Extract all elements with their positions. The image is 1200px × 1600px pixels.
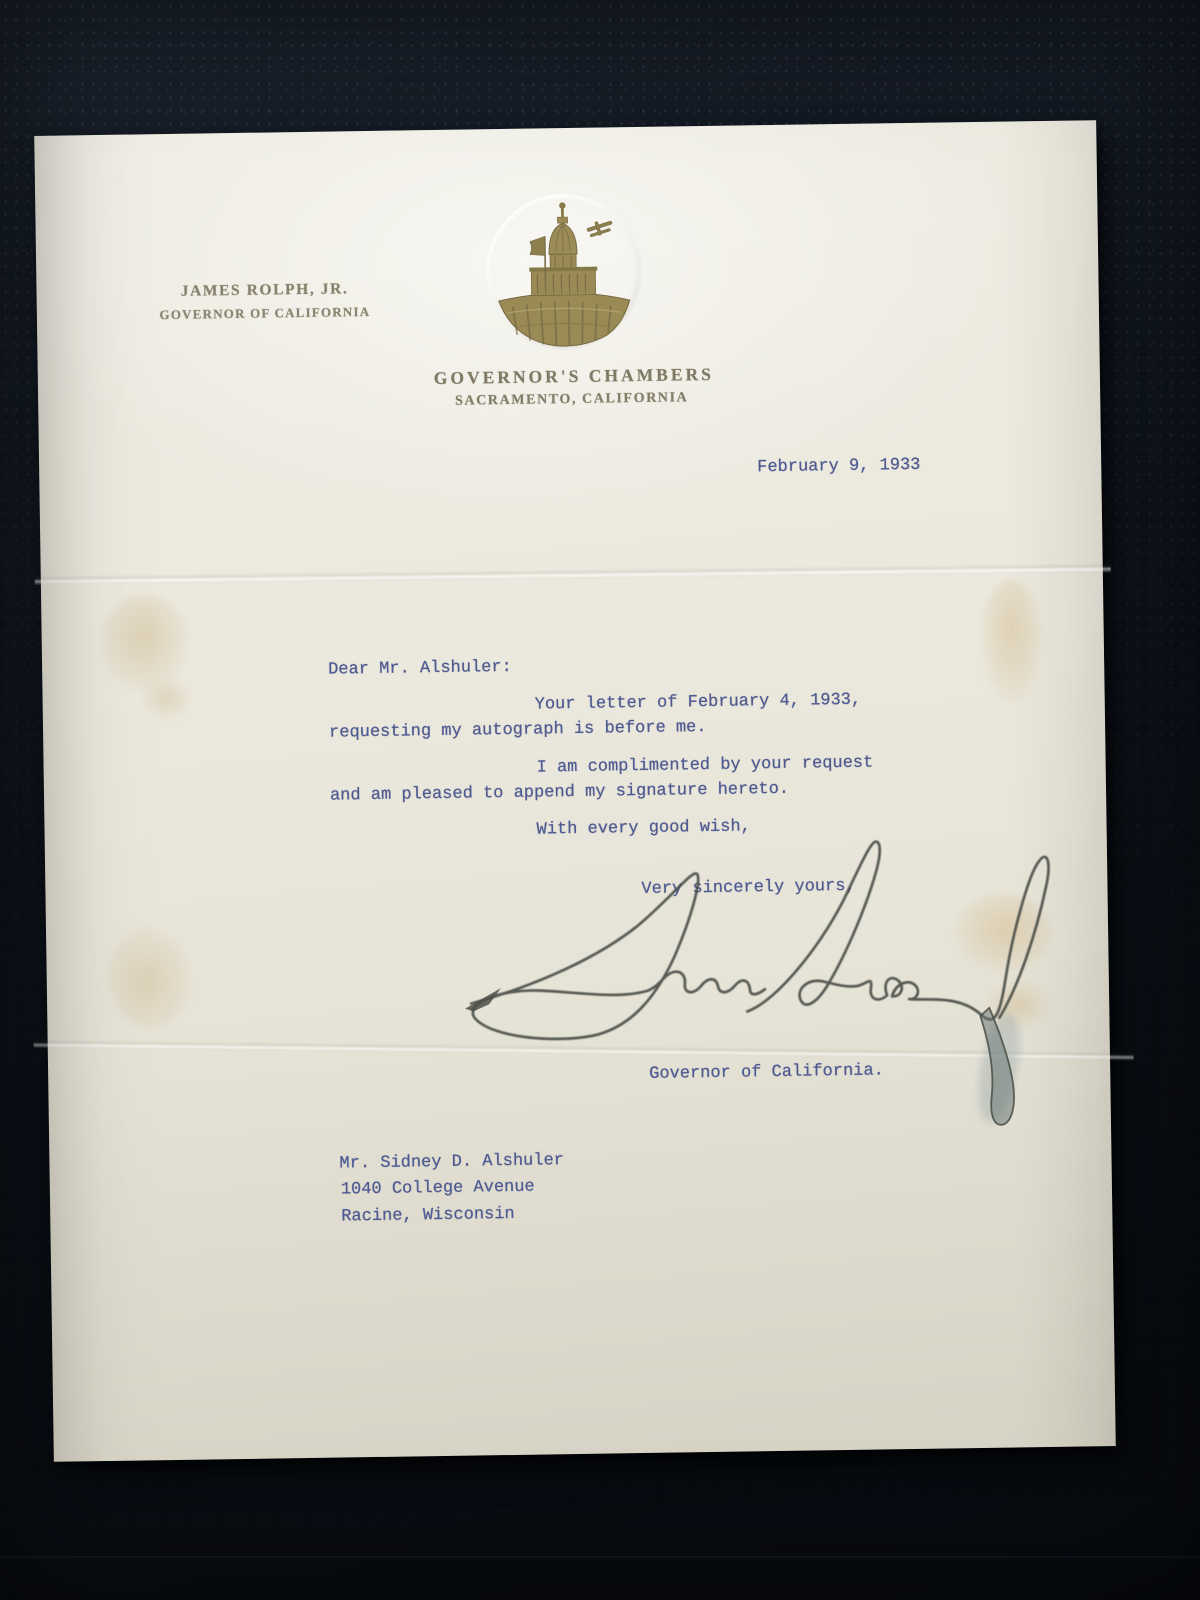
table-edge-line <box>0 1556 1200 1558</box>
stain-blot <box>979 579 1045 706</box>
letter-paper: JAMES ROLPH, JR. GOVERNOR OF CALIFORNIA <box>34 120 1116 1462</box>
body-line-1: Your letter of February 4, 1933, <box>535 691 862 716</box>
recipient-name: Mr. Sidney D. Alshuler <box>339 1151 564 1174</box>
airplane-icon <box>587 221 613 238</box>
recipient-city-state: Racine, Wisconsin <box>341 1205 515 1228</box>
letter-date: February 9, 1933 <box>757 456 921 478</box>
letterhead-official-title: GOVERNOR OF CALIFORNIA <box>125 303 405 323</box>
signature-smudge <box>972 1009 1027 1126</box>
closing-line: With every good wish, <box>536 817 751 840</box>
signer-title: Governor of California. <box>649 1061 884 1084</box>
fold-crease-lower <box>34 1039 1134 1060</box>
stain-blot <box>99 594 192 695</box>
recipient-street: 1040 College Avenue <box>341 1178 535 1201</box>
letterhead-location: SACRAMENTO, CALIFORNIA <box>424 390 719 410</box>
salutation: Dear Mr. Alshuler: <box>328 658 512 681</box>
stain-blot <box>138 674 195 723</box>
stain-blot <box>954 893 1051 974</box>
capitol-emblem-icon <box>485 193 641 349</box>
signature-pen-tip <box>465 988 501 1012</box>
stain-blot <box>983 977 1054 1032</box>
photo-of-letter: JAMES ROLPH, JR. GOVERNOR OF CALIFORNIA <box>0 0 1200 1600</box>
signature-tail-smear <box>980 1008 1014 1126</box>
valediction: Very sincerely yours, <box>641 877 856 900</box>
body-line-3: I am complimented by your request <box>537 754 874 779</box>
letterhead-office: GOVERNOR'S CHAMBERS <box>424 364 724 389</box>
body-line-2: requesting my autograph is before me. <box>329 718 707 744</box>
embossed-seal-circle <box>485 193 641 349</box>
fold-crease-upper <box>35 563 1111 586</box>
letterhead-official-name: JAMES ROLPH, JR. <box>139 280 389 302</box>
stain-blot <box>108 924 194 1029</box>
flag <box>530 236 545 255</box>
body-line-4: and am pleased to append my signature he… <box>330 780 789 807</box>
